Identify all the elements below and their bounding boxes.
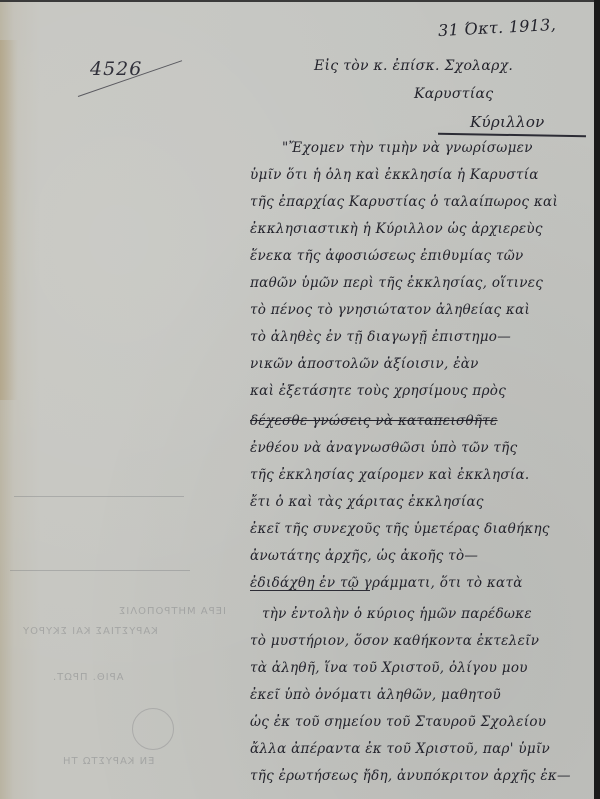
letter-body-line: καὶ ἐξετάσητε τοὺς χρησίμους πρὸς [250,383,590,399]
letter-body-line: τὸ ἀληθὲς ἐν τῇ διαγωγῇ ἐπιστημο— [250,329,590,345]
letter-body-line: ὑμῖν ὅτι ἡ ὁλη καὶ ἐκκλησία ἡ Καρυστία [250,167,590,183]
letter-date: 31 Όκτ. 1913, [438,15,557,40]
letter-body-line: τὸ μυστήριον, ὅσον καθήκοντα ἐκτελεῖν [250,633,590,649]
letter-body-line: τὴν ἐντολὴν ὁ κύριος ἡμῶν παρέδωκε [262,606,594,622]
bleed-through-text: ΕΝ ΚΑΡΥΣΤΩ ΤΗ [62,756,154,767]
scan-top-edge [0,0,594,2]
letter-body-line: ὡς ἐκ τοῦ σημείου τοῦ Σταυροῦ Σχολείου [250,714,590,730]
bleed-through-text: ΑΡΙΘ. ΠΡΩΤ. [52,672,124,683]
bleed-through-rule [14,496,184,497]
recipient-line: Εἰς τὸν κ. ἐπίσκ. Σχολαρχ. [314,58,513,74]
letter-body-line: ἐνθέου νὰ ἀναγνωσθῶσι ὑπὸ τῶν τῆς [250,440,590,456]
bleed-through-text: ΚΑΡΥΣΤΙΑΣ ΚΑΙ ΣΚΥΡΟΥ [22,626,158,637]
scanned-letter-page: ΙΕΡΑ ΜΗΤΡΟΠΟΛΙΣ ΚΑΡΥΣΤΙΑΣ ΚΑΙ ΣΚΥΡΟΥ ΑΡΙ… [0,0,594,799]
recipient-line: Καρυστίας [414,86,493,102]
recipient-line: Κύριλλον [470,113,545,131]
letter-body-line: τῆς ἐπαρχίας Καρυστίας ὁ ταλαίπωρος καὶ [250,194,590,210]
letter-body-line: ἄλλα ἀπέραντα ἐκ τοῦ Χριστοῦ, παρ' ὑμῖν [250,741,590,757]
letter-body-line: τὸ πένος τὸ γνησιώτατον ἀληθείας καὶ [250,302,590,318]
letter-body-line: τὰ ἀληθῆ, ἵνα τοῦ Χριστοῦ, ὀλίγου μου [250,660,590,676]
letter-body-line: ἐκεῖ τῆς συνεχοῦς τῆς ὑμετέρας διαθήκης [250,521,590,537]
letter-body-line-struck: δέχεσθε γνώσεις νὰ καταπεισθῆτε [250,413,590,429]
letter-body-line: ἐκκλησιαστικὴ ἡ Κύριλλον ὡς ἀρχιερεὺς [250,221,590,237]
letter-body-line: τῆς ἐρωτήσεως ἤδη, ἀνυπόκριτον ἀρχῆς ἐκ— [250,768,590,784]
paper-stain [0,40,18,400]
letter-body-line: παθῶν ὑμῶν περὶ τῆς ἐκκλησίας, οἵτινες [250,275,590,291]
letter-body-line: "Ἔχομεν τὴν τιμὴν νὰ γνωρίσωμεν [282,140,594,156]
text-underline [250,590,370,591]
letter-body-line: ἐδιδάχθη ἐν τῷ γράμματι, ὅτι τὸ κατὰ [250,575,590,591]
bleed-through-seal [132,708,174,750]
letter-body-line: ἀνωτάτης ἀρχῆς, ὡς ἀκοῆς τὸ— [250,548,590,564]
letter-body-line: νικῶν ἀποστολῶν ἀξίοισιν, ἐὰν [250,356,590,372]
letter-body-line: τῆς ἐκκλησίας χαίρομεν καὶ ἐκκλησία. [250,467,590,483]
bleed-through-text: ΙΕΡΑ ΜΗΤΡΟΠΟΛΙΣ [118,606,226,617]
recipient-underline [438,133,586,138]
bleed-through-rule [10,570,190,571]
letter-body-line: ἐκεῖ ὑπὸ ὀνόματι ἀληθῶν, μαθητοῦ [250,687,590,703]
letter-body-line: ἔτι ὁ καὶ τὰς χάριτας ἐκκλησίας [250,494,590,510]
letter-body-line: ἕνεκα τῆς ἀφοσιώσεως ἐπιθυμίας τῶν [250,248,590,264]
